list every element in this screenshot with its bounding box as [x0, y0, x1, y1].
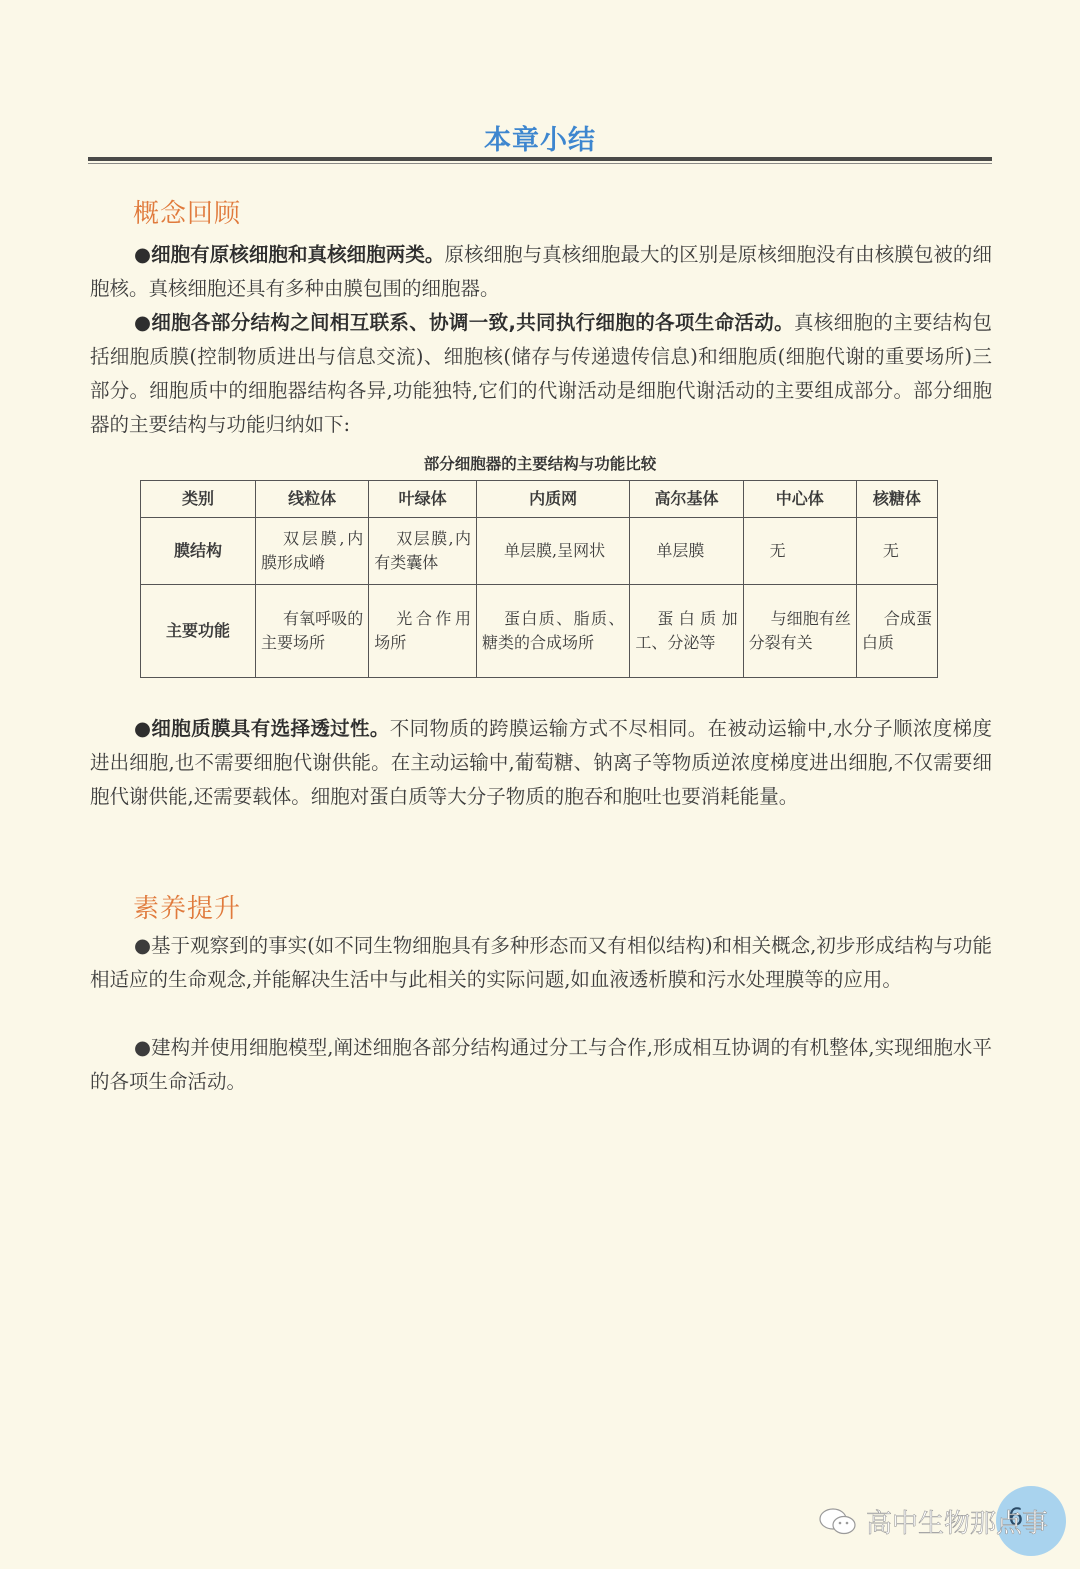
table-cell: 单层膜,呈网状 — [476, 518, 629, 585]
concept-paragraph-1-key: ●细胞有原核细胞和真核细胞两类。 — [134, 243, 444, 266]
watermark: 高中生物那点事 — [818, 1503, 1048, 1540]
table-cell: 蛋白质加工、分泌等 — [630, 585, 743, 678]
table-cell: 双层膜,内有类囊体 — [369, 518, 477, 585]
literacy-paragraph-2: ●建构并使用细胞模型,阐述细胞各部分结构通过分工与合作,形成相互协调的有机整体,… — [90, 1031, 992, 1099]
table-cell: 合成蛋白质 — [856, 585, 937, 678]
row-label: 膜结构 — [141, 518, 256, 585]
table-cell: 无 — [856, 518, 937, 585]
table-header-row: 类别 线粒体 叶绿体 内质网 高尔基体 中心体 核糖体 — [141, 481, 938, 518]
concept-paragraph-1: ●细胞有原核细胞和真核细胞两类。原核细胞与真核细胞最大的区别是原核细胞没有由核膜… — [90, 238, 992, 306]
wechat-icon — [818, 1506, 858, 1538]
table-header: 中心体 — [743, 481, 856, 518]
organelle-comparison-table: 类别 线粒体 叶绿体 内质网 高尔基体 中心体 核糖体 膜结构 双层膜,内膜形成… — [140, 480, 938, 678]
table-header: 线粒体 — [256, 481, 369, 518]
table-row: 膜结构 双层膜,内膜形成嵴 双层膜,内有类囊体 单层膜,呈网状 单层膜 无 无 — [141, 518, 938, 585]
table-row: 主要功能 有氧呼吸的主要场所 光合作用场所 蛋白质、脂质、糖类的合成场所 蛋白质… — [141, 585, 938, 678]
table-cell: 光合作用场所 — [369, 585, 477, 678]
section-heading-concept-review: 概念回顾 — [133, 193, 241, 230]
table-header: 类别 — [141, 481, 256, 518]
page-title: 本章小结 — [0, 118, 1080, 157]
table-cell: 与细胞有丝分裂有关 — [743, 585, 856, 678]
table-header: 高尔基体 — [630, 481, 743, 518]
table-caption: 部分细胞器的主要结构与功能比较 — [0, 452, 1080, 474]
table-header: 内质网 — [476, 481, 629, 518]
table-cell: 蛋白质、脂质、糖类的合成场所 — [476, 585, 629, 678]
literacy-paragraph-1: ●基于观察到的事实(如不同生物细胞具有多种形态而又有相似结构)和相关概念,初步形… — [90, 929, 992, 997]
title-rule — [88, 157, 992, 161]
table-cell: 单层膜 — [630, 518, 743, 585]
table-cell: 无 — [743, 518, 856, 585]
watermark-text: 高中生物那点事 — [866, 1503, 1048, 1540]
row-label: 主要功能 — [141, 585, 256, 678]
table-header: 叶绿体 — [369, 481, 477, 518]
table-cell: 双层膜,内膜形成嵴 — [256, 518, 369, 585]
concept-paragraph-3-key: ●细胞质膜具有选择透过性。 — [134, 717, 390, 740]
concept-paragraph-3: ●细胞质膜具有选择透过性。不同物质的跨膜运输方式不尽相同。在被动运输中,水分子顺… — [90, 712, 992, 814]
section-heading-literacy: 素养提升 — [133, 888, 241, 925]
title-rule-thin — [88, 163, 992, 164]
table-cell: 有氧呼吸的主要场所 — [256, 585, 369, 678]
table-header: 核糖体 — [856, 481, 937, 518]
concept-paragraph-2: ●细胞各部分结构之间相互联系、协调一致,共同执行细胞的各项生命活动。真核细胞的主… — [90, 306, 992, 442]
concept-paragraph-2-key: ●细胞各部分结构之间相互联系、协调一致,共同执行细胞的各项生命活动。 — [134, 311, 794, 334]
